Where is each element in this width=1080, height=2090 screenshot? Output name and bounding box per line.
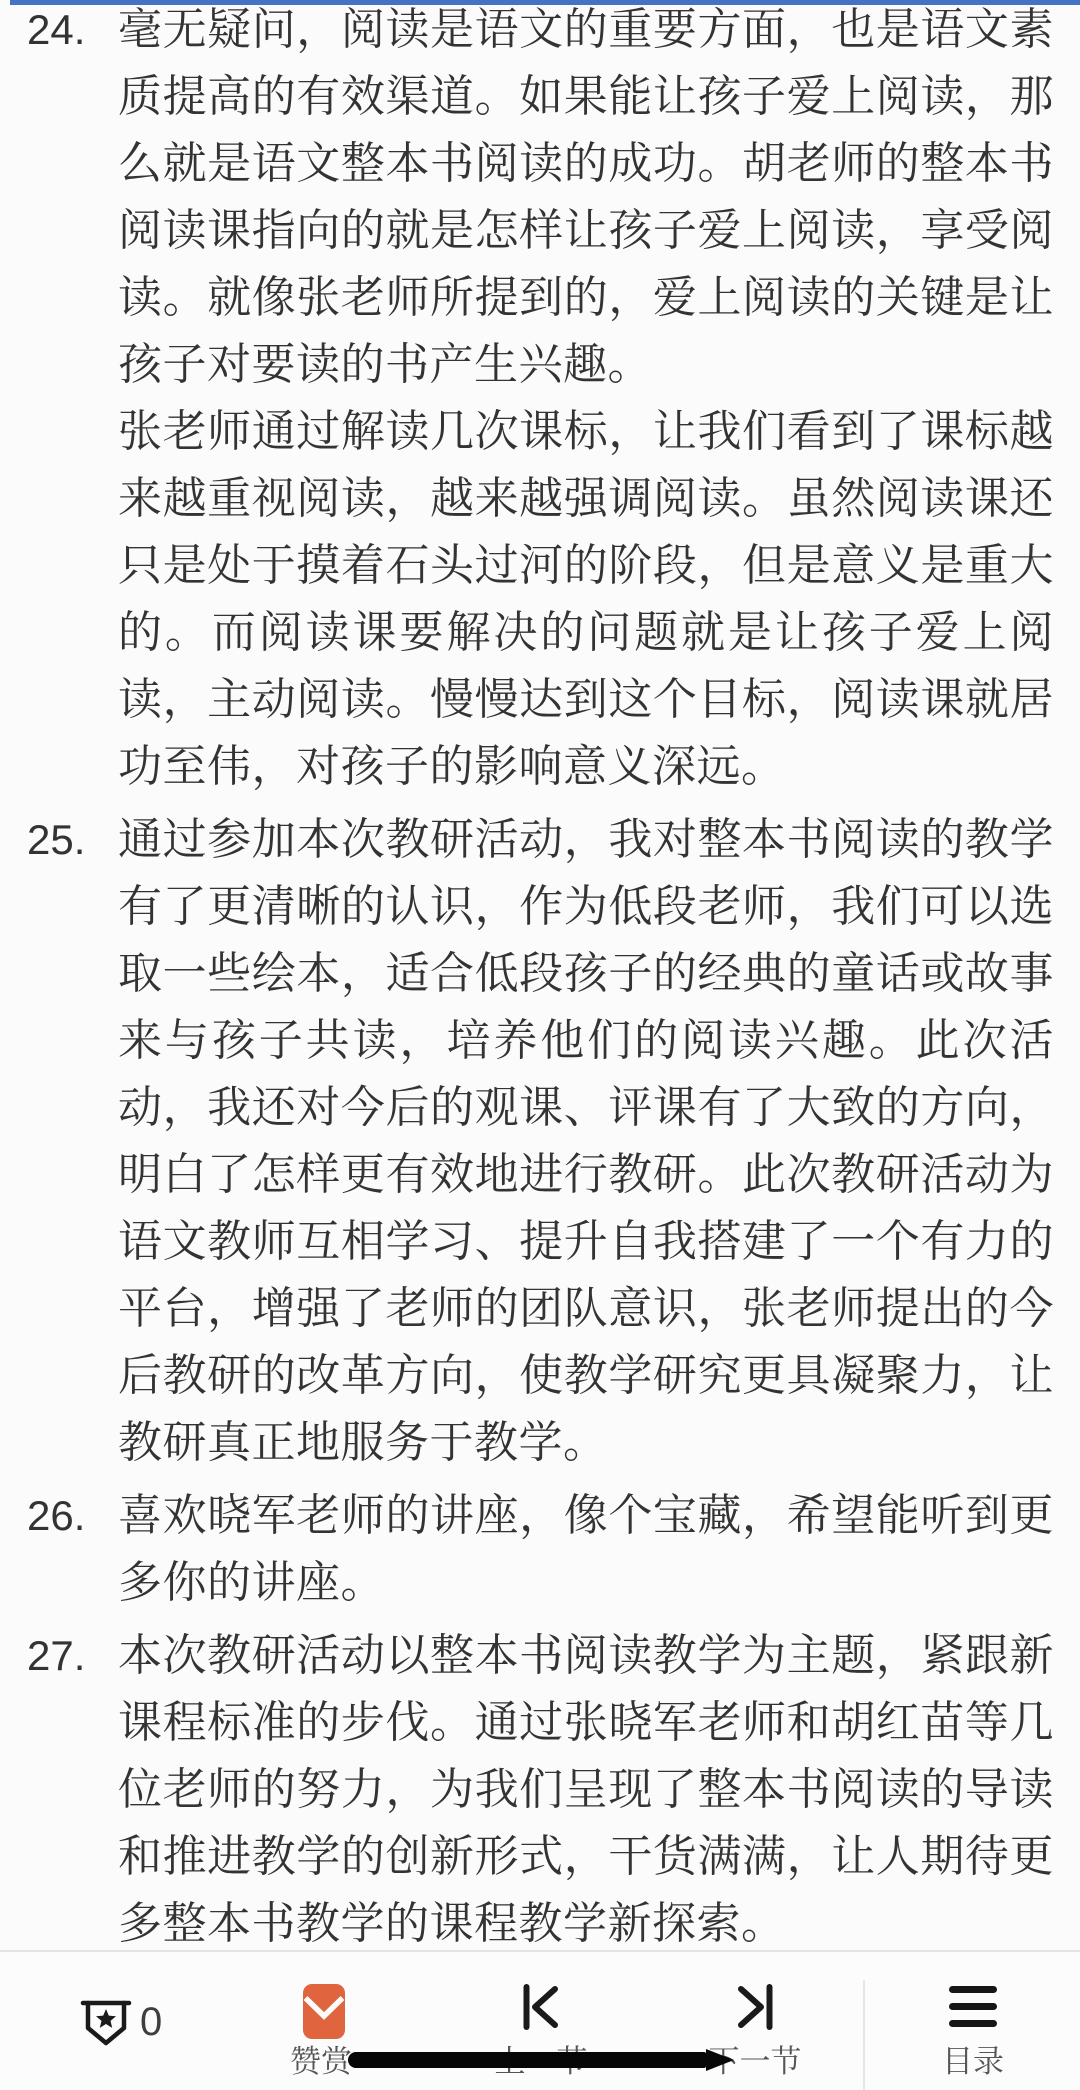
table-of-contents-label: 目录 [883, 2046, 1063, 2077]
list-item-number: 27. [27, 1622, 85, 1689]
list-item-number: 24. [27, 0, 85, 63]
redaction-bar [348, 2052, 706, 2068]
list-item-paragraphs: 本次教研活动以整本书阅读教学为主题，紧跟新课程标准的步伐。通过张晓军老师和胡红苗… [118, 1622, 1054, 1957]
paragraph: 本次教研活动以整本书阅读教学为主题，紧跟新课程标准的步伐。通过张晓军老师和胡红苗… [118, 1622, 1054, 1957]
redaction-bar-tip [706, 2049, 734, 2071]
list-item-paragraphs: 喜欢晓军老师的讲座，像个宝藏，希望能听到更多你的讲座。 [118, 1482, 1054, 1616]
list-item: 25.通过参加本次教研活动，我对整本书阅读的教学有了更清晰的认识，作为低段老师，… [0, 806, 1080, 1476]
paragraph: 喜欢晓军老师的讲座，像个宝藏，希望能听到更多你的讲座。 [118, 1482, 1054, 1616]
list-item-paragraphs: 通过参加本次教研活动，我对整本书阅读的教学有了更清晰的认识，作为低段老师，我们可… [118, 806, 1054, 1476]
paragraph: 毫无疑问，阅读是语文的重要方面，也是语文素质提高的有效渠道。如果能让孩子爱上阅读… [118, 0, 1054, 398]
list-item: 26.喜欢晓军老师的讲座，像个宝藏，希望能听到更多你的讲座。 [0, 1482, 1080, 1616]
paragraph: 张老师通过解读几次课标，让我们看到了课标越来越重视阅读，越来越强调阅读。虽然阅读… [118, 398, 1054, 800]
reward-envelope-icon [302, 1983, 346, 2040]
list-item-paragraphs: 毫无疑问，阅读是语文的重要方面，也是语文素质提高的有效渠道。如果能让孩子爱上阅读… [118, 0, 1054, 800]
list-item: 27.本次教研活动以整本书阅读教学为主题，紧跟新课程标准的步伐。通过张晓军老师和… [0, 1622, 1080, 1957]
comment-list: 24.毫无疑问，阅读是语文的重要方面，也是语文素质提高的有效渠道。如果能让孩子爱… [0, 0, 1080, 1963]
table-of-contents-button[interactable]: 目录 [878, 1977, 1068, 2082]
badge-button[interactable]: 0 [70, 1990, 190, 2060]
previous-section-icon [521, 1984, 561, 2030]
menu-icon [949, 1986, 997, 2027]
next-section-icon [735, 1984, 775, 2030]
list-item-number: 25. [27, 806, 85, 873]
bottom-toolbar: 0 赞赏 上一节 下一节 [0, 1950, 1080, 2090]
toolbar-vertical-divider [863, 1980, 865, 2090]
reader-screen: 24.毫无疑问，阅读是语文的重要方面，也是语文素质提高的有效渠道。如果能让孩子爱… [0, 0, 1080, 2090]
badge-star-icon [80, 1998, 132, 2050]
paragraph: 通过参加本次教研活动，我对整本书阅读的教学有了更清晰的认识，作为低段老师，我们可… [118, 806, 1054, 1476]
badge-count: 0 [140, 2002, 162, 2042]
list-item: 24.毫无疑问，阅读是语文的重要方面，也是语文素质提高的有效渠道。如果能让孩子爱… [0, 0, 1080, 800]
list-item-number: 26. [27, 1482, 85, 1549]
